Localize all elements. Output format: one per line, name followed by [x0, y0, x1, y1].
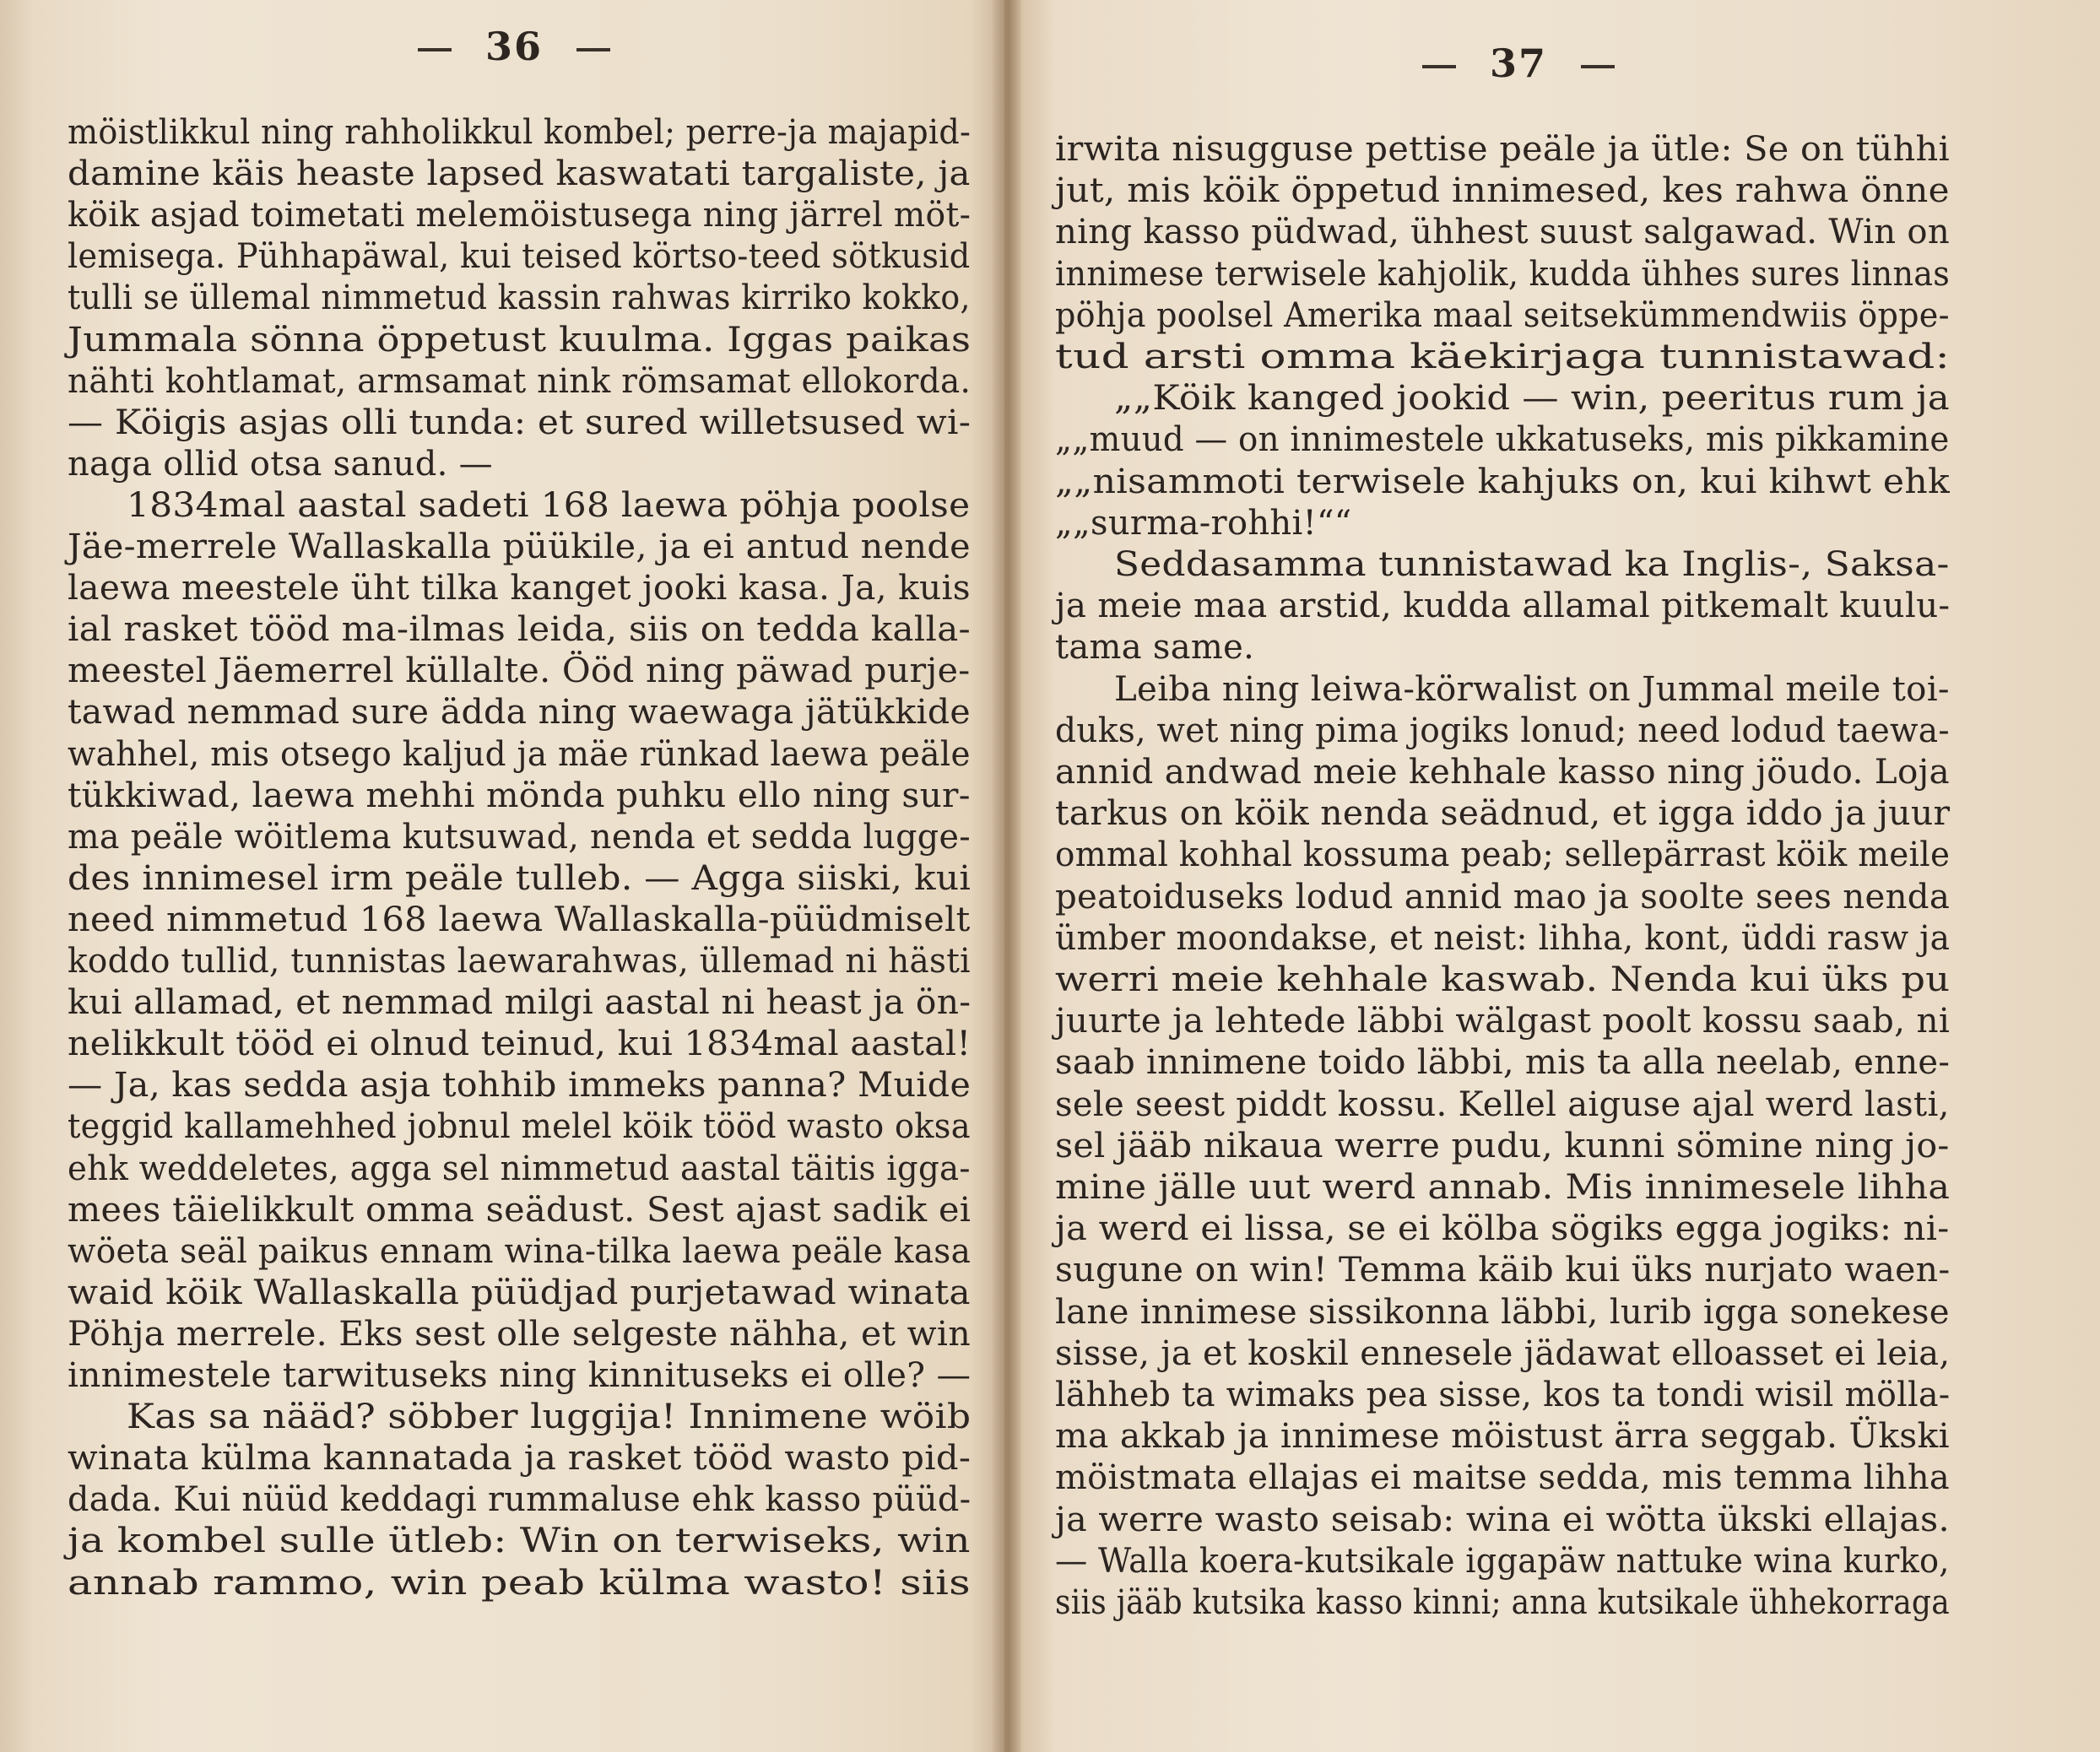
- text-line: winata külma kannatada ja rasket tööd wa…: [68, 1437, 971, 1479]
- dash-decoration: [418, 48, 452, 51]
- text-line: sel jääb nikaua werre pudu, kunni sömine…: [1055, 1125, 1950, 1167]
- text-line: ning kasso püdwad, ühhest suust salgawad…: [1055, 211, 1950, 253]
- text-line: köik asjad toimetati melemöistusega ning…: [68, 194, 971, 236]
- text-line: ial rasket tööd ma-ilmas leida, siis on …: [68, 608, 971, 651]
- left-page-number-text: 36: [485, 24, 543, 69]
- text-line: tud arsti omma käekirjaga tunnistawad:: [1055, 336, 1950, 378]
- text-line: tawad nemmad sure ädda ning waewaga jätü…: [68, 691, 971, 733]
- left-page-number: 36: [384, 24, 644, 69]
- text-line: peatoiduseks lodud annid mao ja soolte s…: [1055, 876, 1950, 918]
- text-line: ehk weddeletes, agga sel nimmetud aastal…: [68, 1148, 971, 1190]
- text-line: annab rammo, win peab külma wasto! siis: [68, 1562, 971, 1604]
- text-line: Seddasamma tunnistawad ka Inglis-, Saksa…: [1114, 543, 1950, 586]
- text-line: 1834mal aastal sadeti 168 laewa pöhja po…: [127, 484, 971, 527]
- text-line: koddo tullid, tunnistas laewarahwas, üll…: [68, 940, 971, 982]
- text-line: tükkiwad, laewa mehhi mönda puhku ello n…: [68, 775, 971, 817]
- text-line: waid köik Wallaskalla püüdjad purjetawad…: [68, 1272, 971, 1314]
- text-line: ja kombel sulle ütleb: Win on terwiseks,…: [68, 1520, 971, 1562]
- text-line: ommal kohhal kossuma peab; sellepärrast …: [1055, 834, 1950, 876]
- dash-decoration: [576, 48, 610, 51]
- text-line: möistmata ellajas ei maitse sedda, mis t…: [1055, 1457, 1950, 1499]
- text-line: Pöhja merrele. Eks sest olle selgeste nä…: [68, 1313, 971, 1355]
- text-line: kui allamad, et nemmad milgi aastal ni h…: [68, 981, 971, 1024]
- text-line: dada. Kui nüüd keddagi rummaluse ehk kas…: [68, 1479, 971, 1521]
- text-line: lähheb ta wimaks pea sisse, kos ta tondi…: [1055, 1374, 1950, 1416]
- text-line: Jäe-merrele Wallaskalla püükile, ja ei a…: [68, 526, 971, 568]
- text-line: ja meie maa arstid, kudda allamal pitkem…: [1055, 585, 1950, 627]
- book-gutter: [993, 0, 1021, 1752]
- book-spread: 36 37 möistlikkul ning rahholikkul kombe…: [0, 0, 2100, 1752]
- text-line: annid andwad meie kehhale kasso ning jöu…: [1055, 751, 1950, 793]
- text-line: „„nisammoti terwisele kahjuks on, kui ki…: [1055, 461, 1950, 503]
- text-line: „„surma-rohhi!““: [1055, 502, 1351, 544]
- text-line: innimese terwisele kahjolik, kudda ühhes…: [1055, 253, 1950, 295]
- dash-decoration: [1422, 65, 1456, 68]
- text-line: jut, mis köik öppetud innimesed, kes rah…: [1055, 170, 1950, 212]
- text-line: ja werre wasto seisab: wina ei wötta üks…: [1055, 1499, 1950, 1541]
- text-line: — Walla koera-kutsikale iggapäw nattuke …: [1055, 1540, 1950, 1582]
- text-line: Jummala sönna öppetust kuulma. Iggas pai…: [68, 319, 971, 361]
- text-line: mees täielikkult omma seädust. Sest ajas…: [68, 1189, 971, 1231]
- text-line: nelikkult tööd ei olnud teinud, kui 1834…: [68, 1023, 971, 1065]
- text-line: ja werd ei lissa, se ei kölba sögiks egg…: [1055, 1208, 1950, 1250]
- text-line: tulli se üllemal nimmetud kassin rahwas …: [68, 277, 971, 319]
- text-line: teggid kallamehhed jobnul melel köik töö…: [68, 1106, 971, 1148]
- text-line: meestel Jäemerrel küllalte. Ööd ning päw…: [68, 650, 971, 692]
- text-line: juurte ja lehtede läbbi wälgast poolt ko…: [1055, 1000, 1950, 1042]
- text-line: ma peäle wöitlema kutsuwad, nenda et sed…: [68, 816, 971, 858]
- text-line: lemisega. Pühhapäwal, kui teised körtso-…: [68, 235, 971, 278]
- text-line: irwita nisugguse pettise peäle ja ütle: …: [1055, 128, 1950, 170]
- text-line: sisse, ja et koskil ennesele jädawat ell…: [1055, 1333, 1950, 1375]
- right-page-number: 37: [1388, 41, 1648, 86]
- text-line: siis jääb kutsika kasso kinni; anna kuts…: [1055, 1582, 1950, 1624]
- text-line: „„muud — on innimestele ukkatuseks, mis …: [1055, 419, 1950, 461]
- text-line: werri meie kehhale kaswab. Nenda kui üks…: [1055, 959, 1950, 1001]
- text-line: tama same.: [1055, 626, 1254, 668]
- right-page-number-text: 37: [1490, 41, 1547, 86]
- text-line: wahhel, mis otsego kaljud ja mäe rünkad …: [68, 733, 971, 776]
- text-line: ümber moondakse, et neist: lihha, kont, …: [1055, 917, 1950, 960]
- text-line: need nimmetud 168 laewa Wallaskalla-püüd…: [68, 899, 971, 941]
- text-line: saab innimene toido läbbi, mis ta alla n…: [1055, 1041, 1950, 1084]
- text-line: lane innimese sissikonna läbbi, lurib ig…: [1055, 1291, 1950, 1333]
- text-line: tarkus on köik nenda seädnud, et igga id…: [1055, 792, 1950, 835]
- text-line: wöeta seäl paikus ennam wina-tilka laewa…: [68, 1230, 971, 1273]
- text-line: naga ollid otsa sanud. —: [68, 443, 493, 485]
- text-line: möistlikkul ning rahholikkul kombel; per…: [68, 111, 971, 154]
- text-line: „„Köik kanged jookid — win, peeritus rum…: [1114, 377, 1950, 419]
- text-line: innimestele tarwituseks ning kinnituseks…: [68, 1355, 971, 1397]
- text-line: nähti kohtlamat, armsamat nink römsamat …: [68, 360, 971, 403]
- dash-decoration: [1581, 65, 1615, 68]
- text-line: ma akkab ja innimese möistust ärra segga…: [1055, 1415, 1950, 1457]
- text-line: Leiba ning leiwa-körwalist on Jummal mei…: [1114, 668, 1950, 711]
- text-line: duks, wet ning pima jogiks lonud; need l…: [1055, 710, 1950, 752]
- text-line: laewa meestele üht tilka kanget jooki ka…: [68, 567, 971, 609]
- text-line: mine jälle uut werd annab. Mis innimesel…: [1055, 1166, 1950, 1209]
- text-line: damine käis heaste lapsed kaswatati targ…: [68, 153, 971, 195]
- text-line: — Ja, kas sedda asja tohhib immeks panna…: [68, 1064, 971, 1106]
- text-line: pöhja poolsel Amerika maal seitsekümmend…: [1055, 295, 1950, 337]
- text-line: des innimesel irm peäle tulleb. — Agga s…: [68, 857, 971, 900]
- text-line: sugune on win! Temma käib kui üks nurjat…: [1055, 1249, 1950, 1291]
- text-line: Kas sa nääd? söbber luggija! Innimene wö…: [127, 1396, 971, 1438]
- text-line: sele seest piddt kossu. Kellel aiguse aj…: [1055, 1084, 1950, 1126]
- text-line: — Köigis asjas olli tunda: et sured will…: [68, 402, 971, 444]
